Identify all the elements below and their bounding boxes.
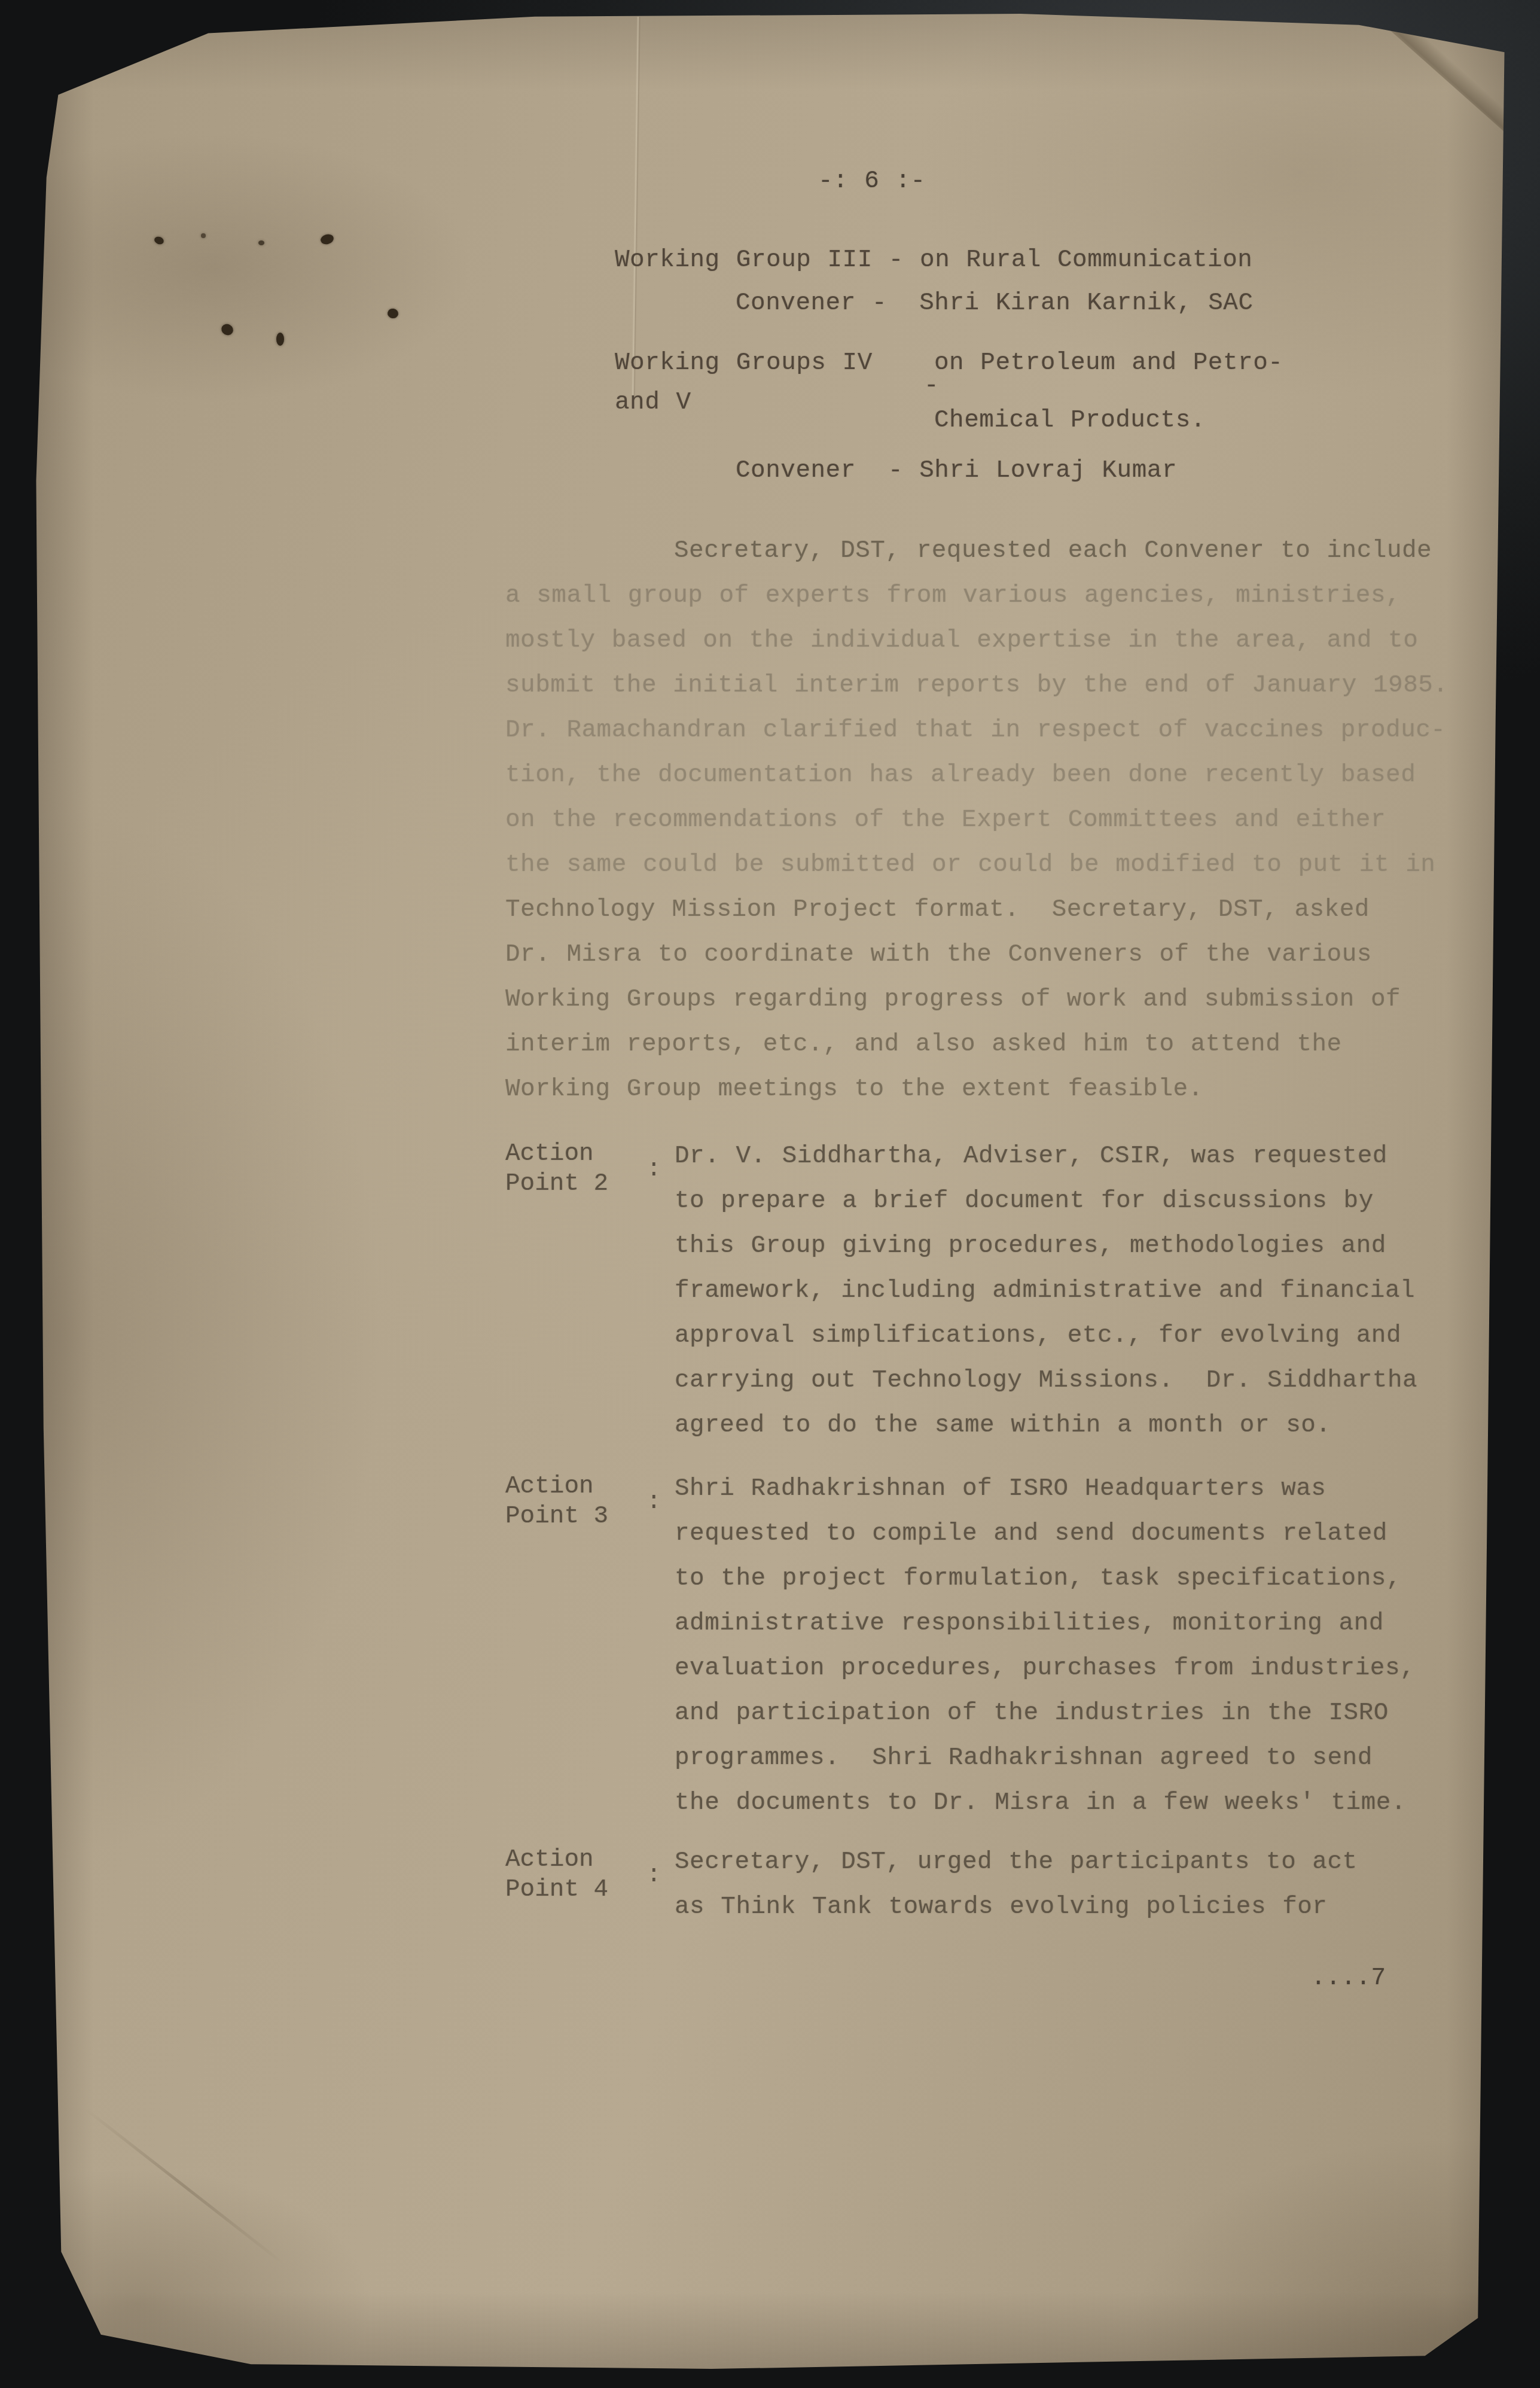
action-point-line: administrative responsibilities, monitor…	[675, 1601, 1415, 1646]
working-group-45-title-left-1: Working Groups IV	[615, 349, 873, 377]
paragraph-line: Secretary, DST, requested each Convener …	[505, 529, 1462, 574]
action-point-line: Shri Radhakrishnan of ISRO Headquarters …	[675, 1467, 1415, 1512]
action-point-line: approval simplifications, etc., for evol…	[675, 1314, 1417, 1359]
paper-crease	[84, 2107, 284, 2265]
paragraph-line: interim reports, etc., and also asked hi…	[505, 1022, 1462, 1067]
action-point-4-text: Secretary, DST, urged the participants t…	[675, 1840, 1358, 1930]
document-page: -: 6 :- Working Group III - on Rural Com…	[35, 7, 1506, 2375]
action-point-line: to prepare a brief document for discussi…	[675, 1179, 1417, 1224]
action-point-2-label: Action Point 2	[505, 1139, 608, 1199]
action-point-line: carrying out Technology Missions. Dr. Si…	[675, 1359, 1417, 1403]
action-point-line: Secretary, DST, urged the participants t…	[675, 1840, 1358, 1885]
action-point-line: and participation of the industries in t…	[675, 1691, 1415, 1736]
working-group-45-convener: Convener - Shri Lovraj Kumar	[736, 457, 1177, 485]
action-point-line: this Group giving procedures, methodolog…	[675, 1224, 1417, 1269]
paragraph-line: Working Groups regarding progress of wor…	[505, 977, 1462, 1022]
action-point-line: agreed to do the same within a month or …	[675, 1403, 1417, 1448]
action-point-3-label: Action Point 3	[505, 1472, 608, 1531]
paragraph-line: Dr. Ramachandran clarified that in respe…	[505, 708, 1462, 753]
continuation-page-ref: ....7	[1311, 1964, 1386, 1992]
paragraph-line: a small group of experts from various ag…	[505, 574, 1462, 619]
action-point-3-text: Shri Radhakrishnan of ISRO Headquarters …	[675, 1467, 1415, 1826]
body-paragraph: Secretary, DST, requested each Convener …	[505, 529, 1462, 1112]
paragraph-line: Dr. Misra to coordinate with the Convene…	[505, 933, 1462, 977]
action-point-line: Dr. V. Siddhartha, Adviser, CSIR, was re…	[675, 1134, 1417, 1179]
action-point-line: requested to compile and send documents …	[675, 1512, 1415, 1557]
action-point-3-colon: :	[647, 1488, 661, 1516]
action-point-4-label: Action Point 4	[505, 1845, 608, 1905]
action-point-line: to the project formulation, task specifi…	[675, 1557, 1415, 1601]
paragraph-line: Working Group meetings to the extent fea…	[505, 1067, 1462, 1112]
paragraph-line: Technology Mission Project format. Secre…	[505, 888, 1462, 933]
paragraph-line: on the recommendations of the Expert Com…	[505, 798, 1462, 843]
paragraph-line: tion, the documentation has already been…	[505, 753, 1462, 798]
folded-corner	[1362, 11, 1504, 139]
page-number: -: 6 :-	[818, 167, 926, 195]
action-point-line: as Think Tank towards evolving policies …	[675, 1885, 1358, 1930]
action-point-4-colon: :	[647, 1862, 661, 1889]
working-group-45-title-left-2: and V	[615, 389, 691, 416]
paragraph-line: mostly based on the individual expertise…	[505, 619, 1462, 663]
working-group-3-title: Working Group III - on Rural Communicati…	[615, 246, 1252, 274]
action-point-line: the documents to Dr. Misra in a few week…	[675, 1781, 1415, 1826]
working-group-45-title-right-1: on Petroleum and Petro-	[934, 349, 1283, 377]
working-group-3-convener: Convener - Shri Kiran Karnik, SAC	[736, 290, 1254, 317]
paragraph-line: submit the initial interim reports by th…	[505, 663, 1462, 708]
action-point-2-text: Dr. V. Siddhartha, Adviser, CSIR, was re…	[675, 1134, 1417, 1448]
action-point-line: programmes. Shri Radhakrishnan agreed to…	[675, 1736, 1415, 1781]
action-point-line: framework, including administrative and …	[675, 1269, 1417, 1314]
paper-crease	[632, 17, 641, 400]
working-group-45-title-right-2: Chemical Products.	[934, 407, 1206, 434]
paragraph-line: the same could be submitted or could be …	[505, 843, 1462, 888]
action-point-line: evaluation procedures, purchases from in…	[675, 1646, 1415, 1691]
action-point-2-colon: :	[647, 1156, 661, 1183]
